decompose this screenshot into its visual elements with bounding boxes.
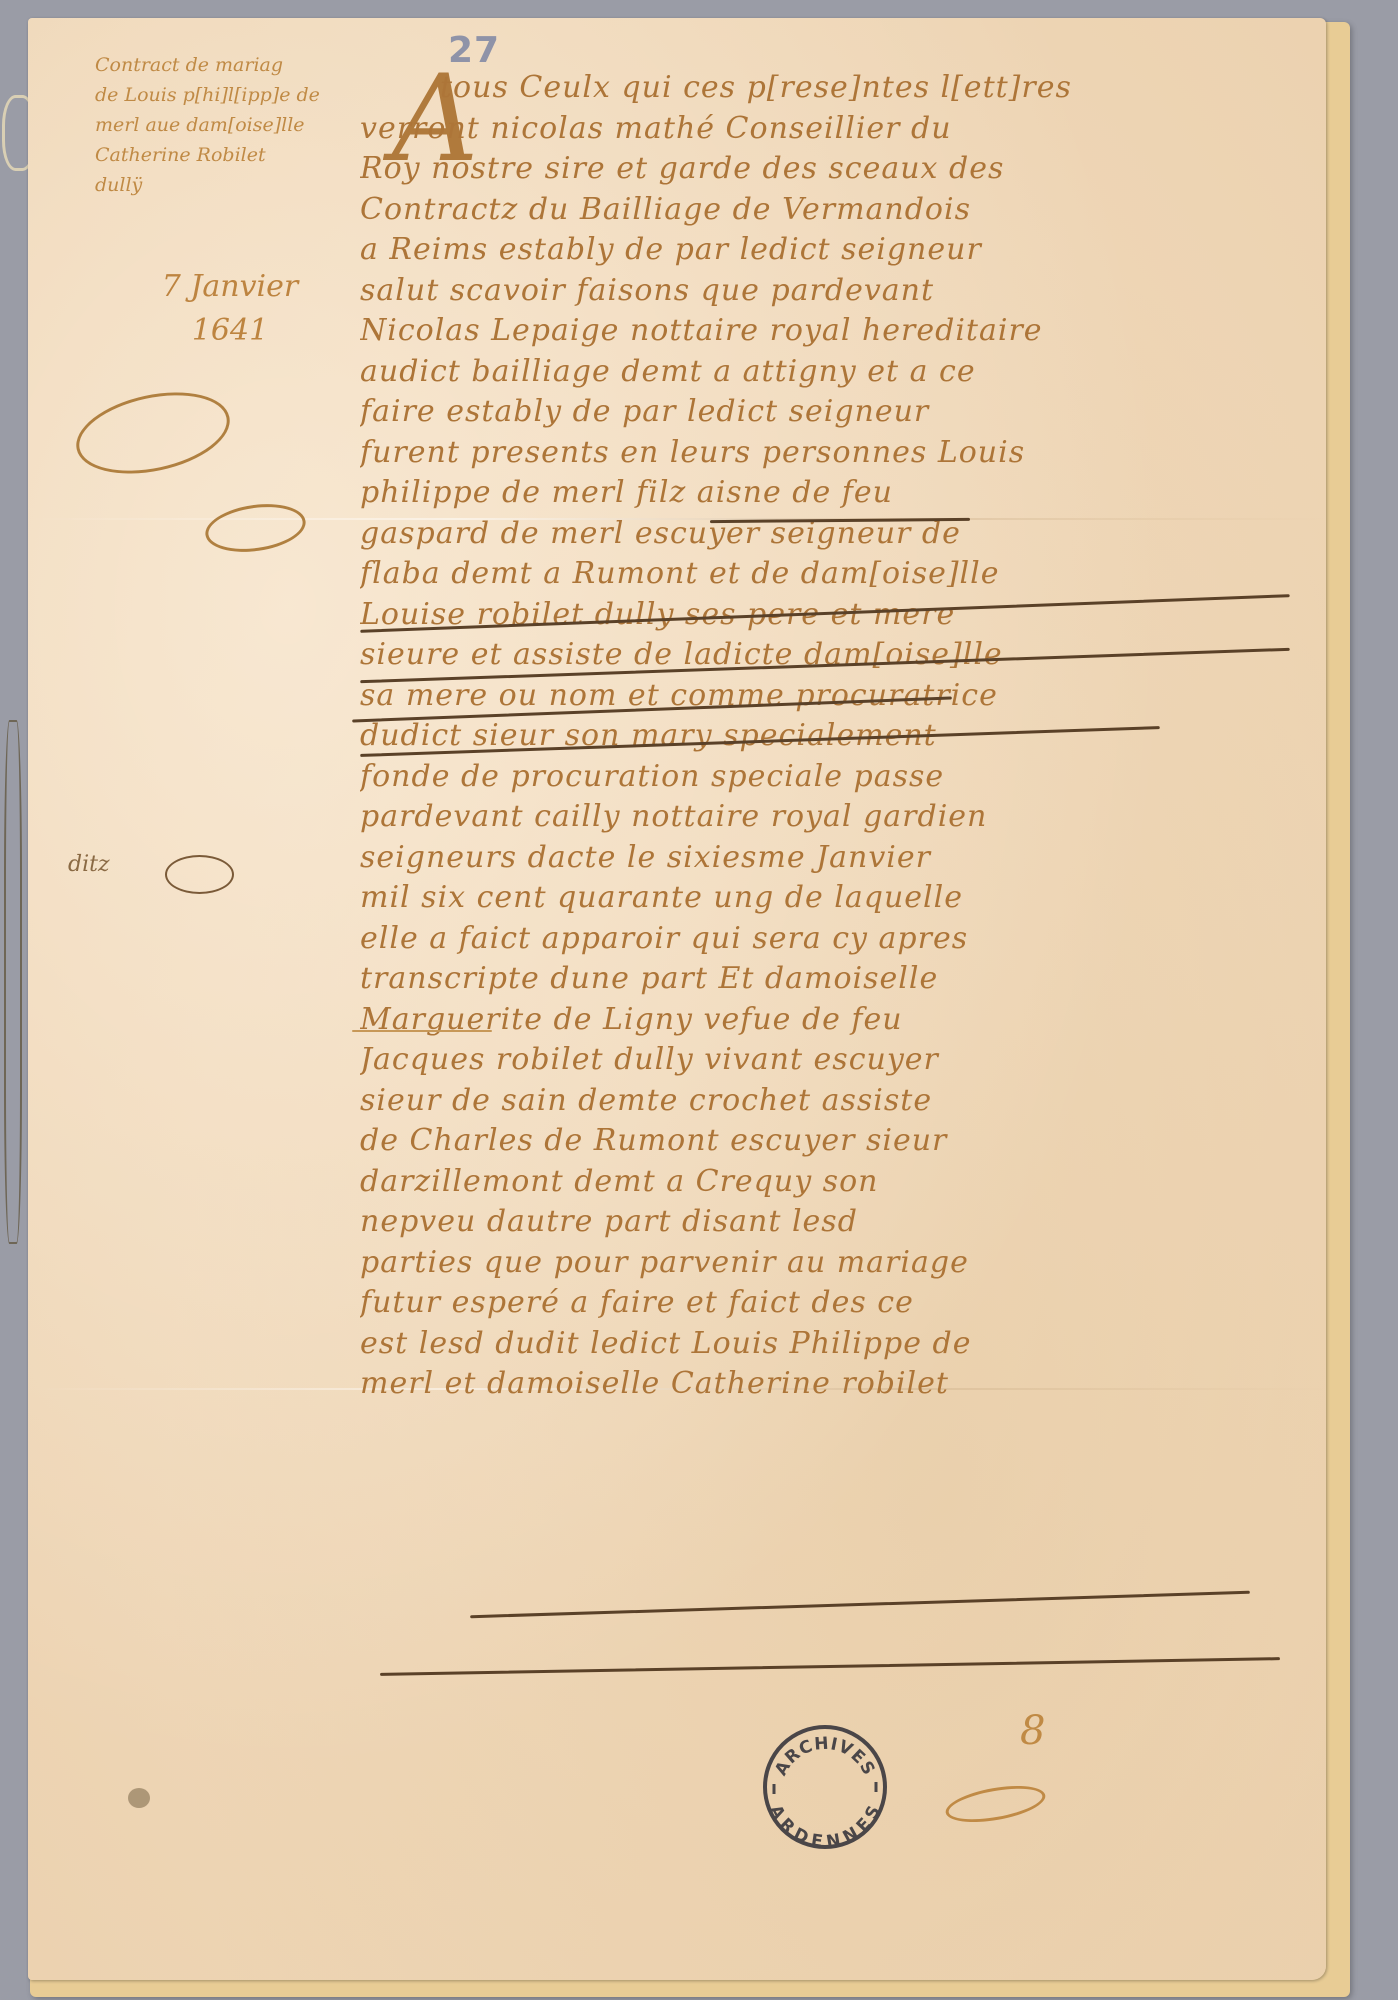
text-line: verront nicolas mathé Conseillier du	[360, 111, 1290, 152]
margin-date-year: 1641	[130, 309, 330, 353]
text-line: mil six cent quarante ung de laquelle	[360, 880, 1290, 921]
text-line: pardevant cailly nottaire royal gardien	[360, 799, 1290, 840]
text-line: de Charles de Rumont escuyer sieur	[360, 1123, 1290, 1164]
margin-note-line: Contract de mariag	[95, 50, 355, 80]
text-line: elle a faict apparoir qui sera cy apres	[360, 921, 1290, 962]
text-line: sieur de sain demte crochet assiste	[360, 1083, 1290, 1124]
text-line: futur esperé a faire et faict des ce	[360, 1285, 1290, 1326]
text-line: furent presents en leurs personnes Louis	[360, 435, 1290, 476]
text-line: Roy nostre sire et garde des sceaux des	[360, 151, 1290, 192]
ink-stain	[128, 1788, 150, 1808]
text-line: audict bailliage demt a attigny et a ce	[360, 354, 1290, 395]
text-line: seigneurs dacte le sixiesme Janvier	[360, 840, 1290, 881]
margin-note-line: Catherine Robilet	[95, 140, 355, 170]
margin-date-day: 7 Janvier	[130, 265, 330, 309]
text-line: a Reims estably de par ledict seigneur	[360, 232, 1290, 273]
margin-date: 7 Janvier 1641	[130, 265, 330, 353]
stamp-bottom-text: ARDENNES	[765, 1802, 885, 1852]
text-line: philippe de merl filz aisne de feu	[360, 475, 1290, 516]
text-line: sa mere ou nom et comme procuratrice	[360, 678, 1290, 719]
text-line: fonde de procuration speciale passe	[360, 759, 1290, 800]
text-line: faire estably de par ledict seigneur	[360, 394, 1290, 435]
text-line: flaba demt a Rumont et de dam[oise]lle	[360, 556, 1290, 597]
svg-text:ARDENNES: ARDENNES	[765, 1802, 885, 1852]
text-line: salut scavoir faisons que pardevant	[360, 273, 1290, 314]
archives-stamp: ARCHIVES ARDENNES	[760, 1722, 890, 1852]
text-line: Jacques robilet dully vivant escuyer	[360, 1042, 1290, 1083]
text-line: tous Ceulx qui ces p[rese]ntes l[ett]res	[360, 70, 1290, 111]
signature-mark: 8	[1020, 1708, 1045, 1754]
text-line: transcripte dune part Et damoiselle	[360, 961, 1290, 1002]
text-line: nepveu dautre part disant lesd	[360, 1204, 1290, 1245]
margin-note: Contract de mariag de Louis p[hi]l[ipp]e…	[95, 50, 355, 200]
text-line: sieure et assiste de ladicte dam[oise]ll…	[360, 637, 1290, 678]
text-line: Contractz du Bailliage de Vermandois	[360, 192, 1290, 233]
text-line: merl et damoiselle Catherine robilet	[360, 1366, 1290, 1407]
underline-stroke	[352, 1030, 492, 1032]
text-line: Louise robilet dully ses pere et mere	[360, 597, 1290, 638]
margin-note-line: merl aue dam[oise]lle	[95, 110, 355, 140]
text-line: darzillemont demt a Crequy son	[360, 1164, 1290, 1205]
text-line: est lesd dudit ledict Louis Philippe de	[360, 1326, 1290, 1367]
signature-mark-icon	[165, 855, 234, 894]
paraph-note: ditz	[68, 852, 110, 877]
margin-note-line: de Louis p[hi]l[ipp]e de	[95, 80, 355, 110]
margin-note-line: dullÿ	[95, 170, 355, 200]
text-line: Marguerite de Ligny vefue de feu	[360, 1002, 1290, 1043]
text-line: parties que pour parvenir au mariage	[360, 1245, 1290, 1286]
binding-string-left	[4, 720, 22, 1244]
text-line: Nicolas Lepaige nottaire royal hereditai…	[360, 313, 1290, 354]
